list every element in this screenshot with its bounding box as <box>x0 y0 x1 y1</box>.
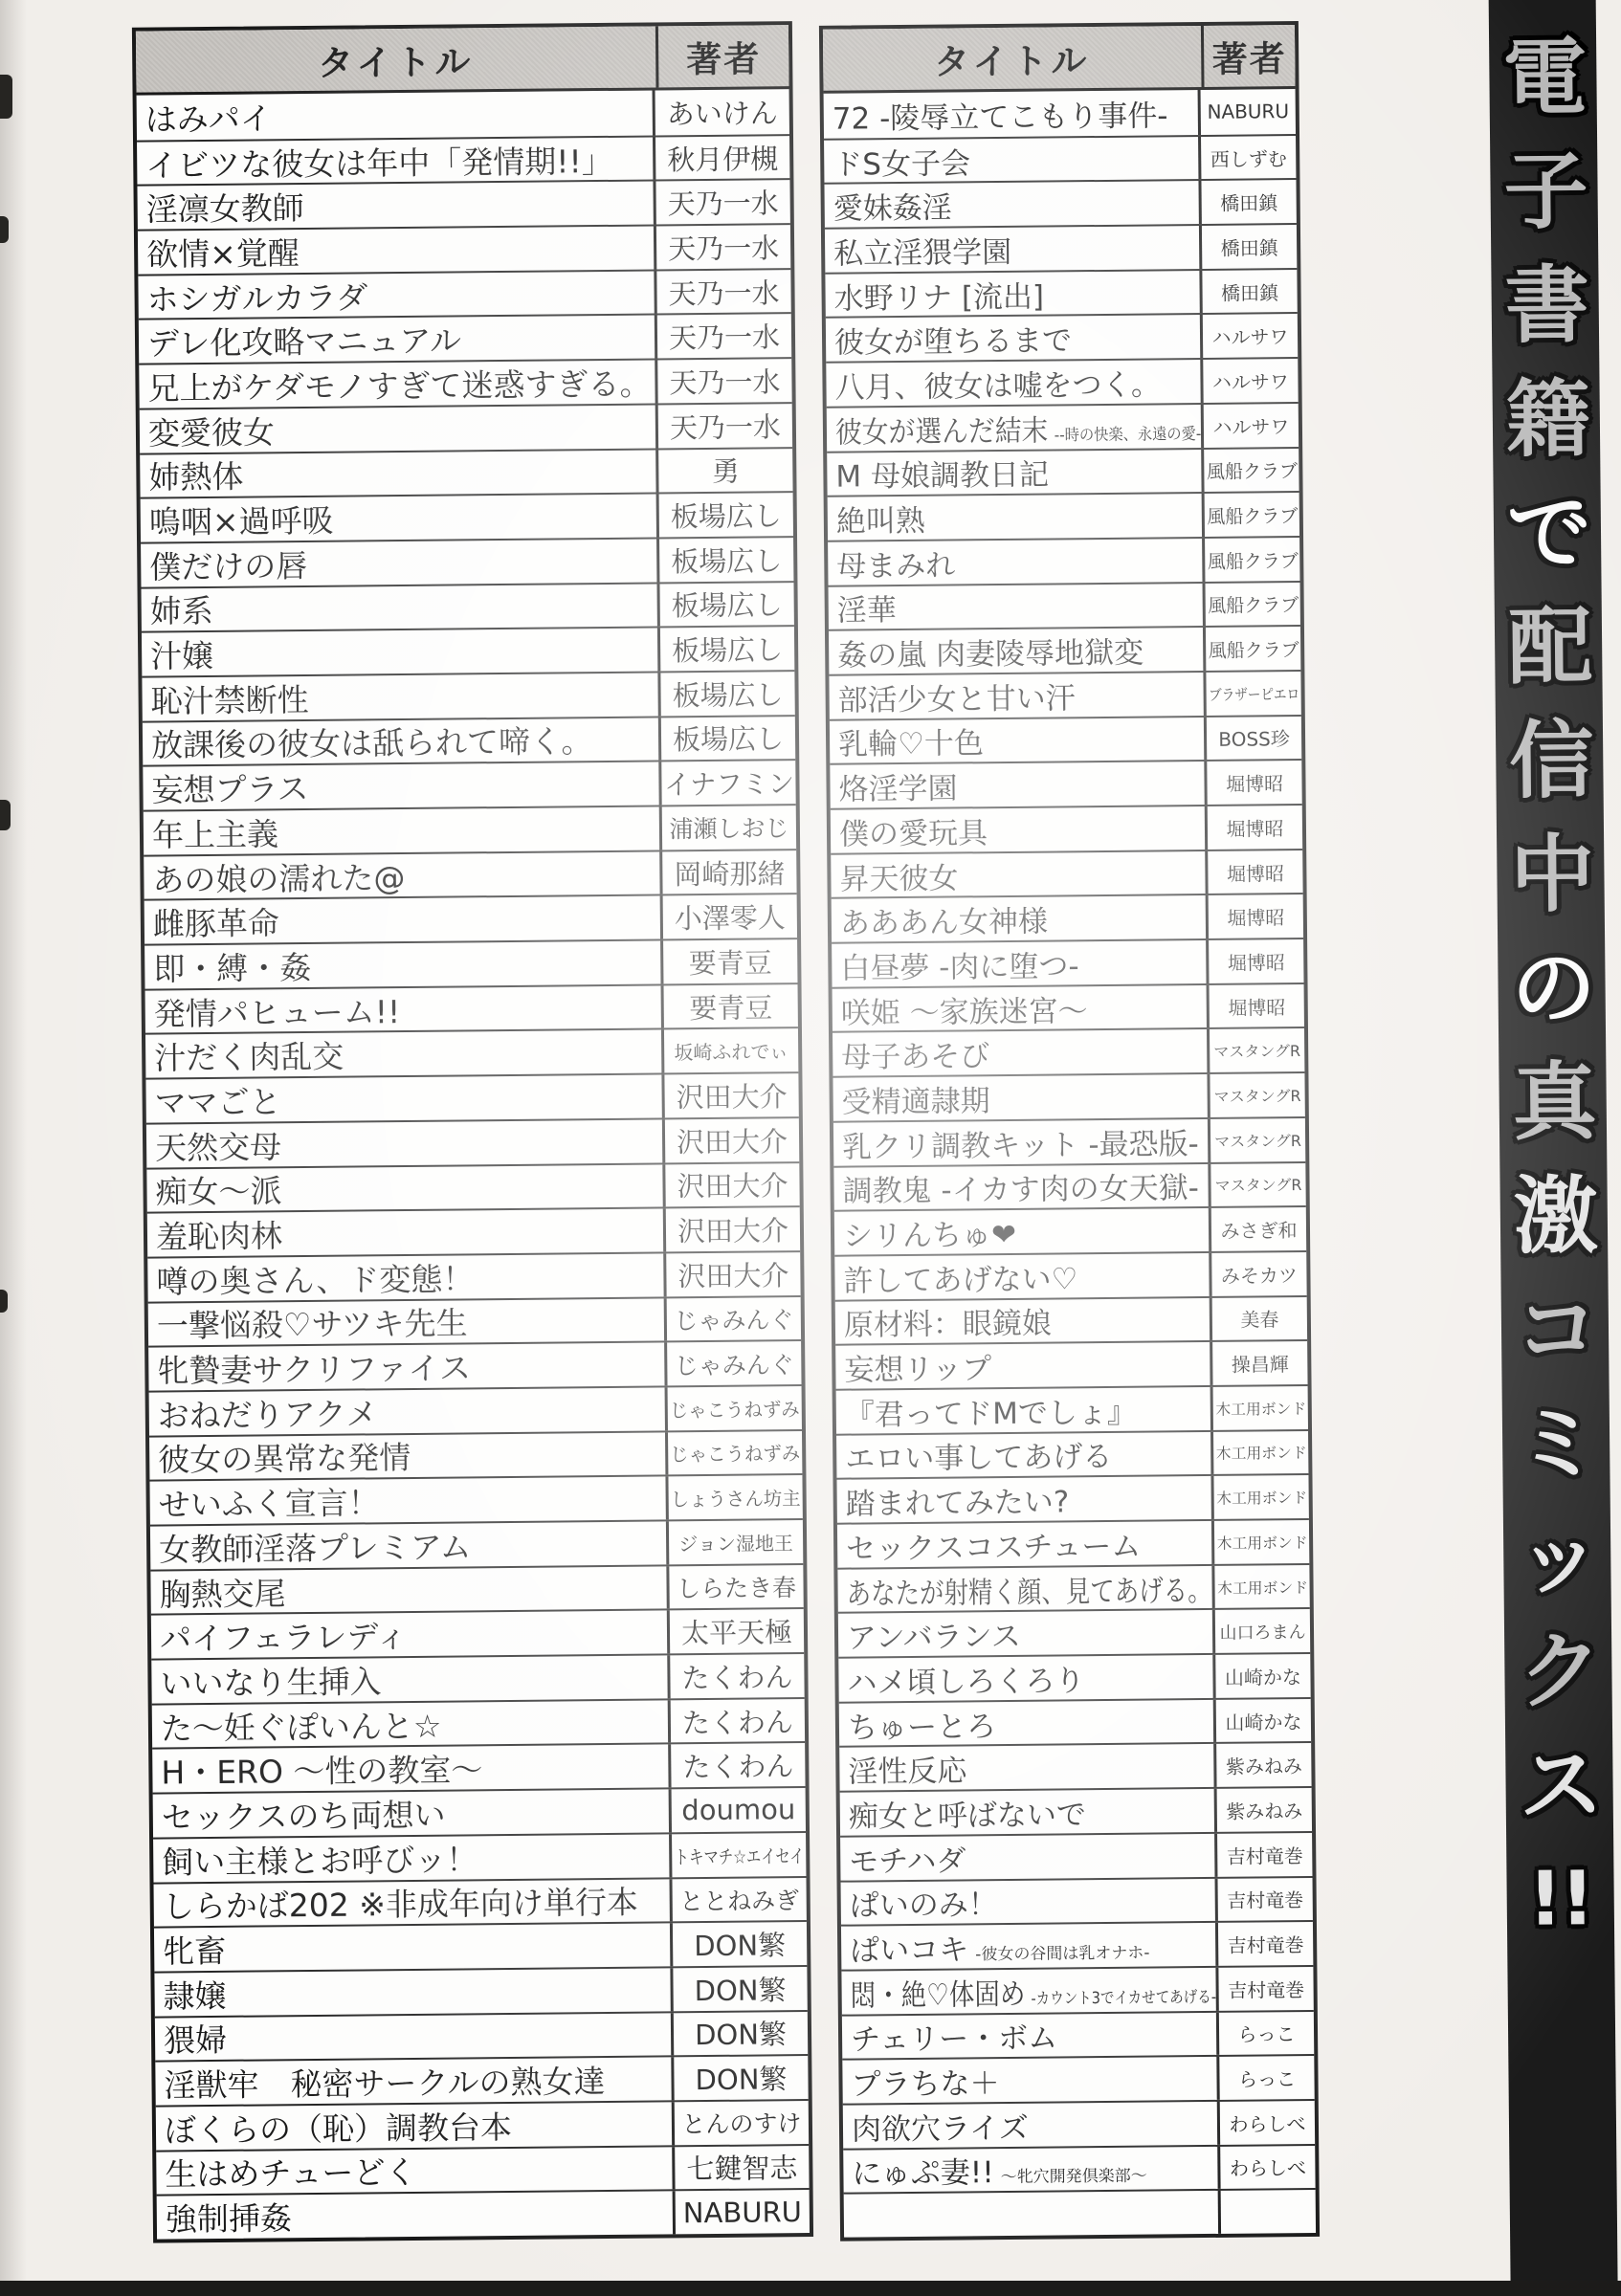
author-cell: マスタングR <box>1207 1073 1304 1117</box>
table-row: 咲姫 〜家族迷宮〜堀博昭 <box>833 982 1304 1031</box>
author-cell: NABURU <box>1198 89 1296 135</box>
book-title: 牝贄妻サクリファイス <box>157 1343 471 1390</box>
table-row: アンバランス山口ろまん <box>838 1607 1310 1656</box>
book-title: 受精適隷期 <box>841 1076 989 1120</box>
table-row: あなたが射精く顔、見てあげる。木工用ボンド <box>837 1563 1309 1612</box>
book-title: 姉系 <box>149 586 212 631</box>
title-cell: 噂の奥さん、ド変態！ <box>147 1253 663 1301</box>
author-cell: マスタングR <box>1207 1028 1304 1072</box>
table-row: 放課後の彼女は舐られて啼く。板場広し <box>143 715 795 765</box>
book-title: ぼくらの（恥）調教台本 <box>165 2103 512 2150</box>
table-row: ホシガルカラダ天乃一水 <box>138 268 790 319</box>
author-cell: わらしべ <box>1217 2146 1315 2190</box>
book-author: 天乃一水 <box>668 227 779 267</box>
title-cell: 彼女が堕ちるまで <box>826 315 1200 361</box>
table-row: 僕だけの唇板場広し <box>141 536 793 586</box>
table-row: パイフェラレディ太平天極 <box>151 1607 804 1658</box>
book-title: ハメ頃しろくろり <box>847 1656 1084 1701</box>
book-author: ととねみぎ <box>679 1882 799 1917</box>
author-cell: DON繁 <box>670 1967 807 2011</box>
author-cell: 橋田鎮 <box>1199 270 1297 314</box>
table-row: た〜妊ぐぽいんと☆たくわん <box>152 1697 805 1748</box>
author-cell: 太平天極 <box>667 1609 804 1653</box>
title-cell: 『君ってドMでしょ』 <box>836 1387 1210 1433</box>
table-row: デレ化攻略マニュアル天乃一水 <box>139 313 791 364</box>
title-cell: 淫性反応 <box>839 1744 1213 1790</box>
title-cell: 許してあげない♡ <box>834 1253 1209 1299</box>
book-author: 木工用ボンド <box>1216 1486 1307 1509</box>
table-row: プラちな＋らっこ <box>842 2054 1314 2103</box>
book-title: 姦の嵐 肉妻陵辱地獄変 <box>837 629 1144 674</box>
book-author: doumou <box>681 1794 795 1827</box>
book-title: あの娘の濡れた@ <box>152 853 405 899</box>
book-author: たくわん <box>681 1656 792 1696</box>
title-cell: モチハダ <box>840 1834 1214 1880</box>
table-row: 『君ってドMでしょ』木工用ボンド <box>836 1384 1308 1433</box>
table-row: 年上主義浦瀬しおじ <box>144 804 796 854</box>
author-cell: あいけん <box>653 89 789 135</box>
book-title: 絶叫熟 <box>836 497 925 541</box>
book-author: 七鍵智志 <box>686 2148 797 2188</box>
table-row: 八月、彼女は嘘をつく。ハルサワ <box>826 357 1298 406</box>
author-cell: 天乃一水 <box>655 359 791 403</box>
title-cell: 変愛彼女 <box>140 405 655 453</box>
author-cell: ハルサワ <box>1201 404 1299 448</box>
author-cell: 岡崎那緒 <box>659 850 796 894</box>
table-row: 牝畜DON繁 <box>154 1920 807 1971</box>
table-row: 踏まれてみたい?木工用ボンド <box>836 1473 1308 1522</box>
book-title: エロい事してあげる <box>845 1432 1112 1478</box>
scan-artifact <box>0 216 9 243</box>
table-row: 隷嬢DON繁 <box>154 1965 807 2016</box>
title-cell: 調教鬼 -イカす肉の女天獄- <box>833 1163 1208 1209</box>
author-cell: ととねみぎ <box>669 1878 806 1922</box>
book-author: 堀博昭 <box>1227 902 1284 931</box>
book-title: シリんちゅ❤ <box>843 1210 1016 1255</box>
author-cell: 天乃一水 <box>654 225 790 269</box>
table-row: しらかば202 ※非成年向け単行本ととねみぎ <box>153 1876 806 1927</box>
banner-char: 激 <box>1513 1165 1594 1268</box>
book-author: 山崎かな <box>1225 1707 1301 1735</box>
book-title: 汁だく肉乱交 <box>154 1032 344 1078</box>
book-author: 風船クラブ <box>1206 455 1297 484</box>
book-title: 淫凛女教師 <box>145 184 303 230</box>
book-author: 太平天極 <box>681 1611 792 1651</box>
table-row: ドS女子会西しずむ <box>824 134 1296 183</box>
title-cell: 欲情×覚醒 <box>138 227 654 275</box>
book-author: 吉村竜巻 <box>1228 1975 1304 2003</box>
title-cell: 姉系 <box>142 584 657 631</box>
book-title: 胸熱交尾 <box>159 1569 285 1614</box>
title-cell: 咲姫 〜家族迷宮〜 <box>833 985 1207 1031</box>
title-cell: た〜妊ぐぽいんと☆ <box>152 1700 668 1748</box>
title-cell: イビツな彼女は年中「発情期!!」 <box>137 137 653 185</box>
book-author: 橋田鎮 <box>1220 232 1277 261</box>
book-author: DON繁 <box>694 1969 786 2009</box>
table-row: 乳クリ調教キット -最恐版-マスタングR <box>833 1116 1305 1165</box>
table-row: 受精適隷期マスタングR <box>833 1071 1304 1120</box>
book-author: しょうさん坊主 <box>671 1483 801 1512</box>
book-author: 山口ろまん <box>1219 1619 1305 1645</box>
book-author: 天乃一水 <box>668 272 779 312</box>
author-cell: わらしべ <box>1217 2101 1315 2145</box>
book-author: 美春 <box>1240 1305 1278 1333</box>
table-row: 強制挿姦NABURU <box>157 2188 810 2239</box>
book-author: トキマチ☆エイセイ <box>674 1841 804 1869</box>
column-header-title: タイトル <box>136 26 656 92</box>
book-author: マスタングR <box>1214 1129 1301 1152</box>
author-cell: 堀博昭 <box>1204 761 1301 805</box>
scanned-page: タイトル 著者 はみパイあいけんイビツな彼女は年中「発情期!!」秋月伊槻淫凛女教… <box>0 0 1621 2296</box>
book-title: ドS女子会 <box>833 139 970 183</box>
book-author: 要青豆 <box>689 941 772 982</box>
book-title: 僕の愛玩具 <box>839 808 988 852</box>
book-author: ハルサワ <box>1211 321 1288 350</box>
table-row: イビツな彼女は年中「発情期!!」秋月伊槻 <box>137 134 789 185</box>
title-cell: 淫凛女教師 <box>137 182 653 230</box>
table-row: 姉熱体勇 <box>140 447 792 497</box>
title-cell: 放課後の彼女は舐られて啼く。 <box>143 717 658 765</box>
author-cell: doumou <box>669 1788 806 1832</box>
author-cell: 風船クラブ <box>1202 493 1299 537</box>
table-row: 私立淫猥学園橋田鎮 <box>825 223 1297 272</box>
title-cell: あなたが射精く顔、見てあげる。 <box>837 1566 1211 1612</box>
author-cell: みそカツ <box>1209 1252 1306 1296</box>
table-row: セックスコスチューム木工用ボンド <box>837 1518 1309 1567</box>
table-row: 淫獣牢 秘密サークルの熟女達DON繁 <box>155 2054 808 2105</box>
book-author: 木工用ボンド <box>1215 1441 1306 1464</box>
book-author: BOSS珍 <box>1218 724 1290 753</box>
book-author: たくわん <box>682 1701 793 1741</box>
banner-char: コ <box>1514 1279 1595 1381</box>
title-cell: 天然交母 <box>146 1119 662 1167</box>
author-cell: 沢田大介 <box>663 1252 800 1296</box>
title-cell: プラちな＋ <box>842 2057 1216 2103</box>
book-title: ぱいコキ-彼女の谷間は乳オナホ- <box>850 1924 1150 1970</box>
author-cell: 操昌輝 <box>1210 1341 1307 1385</box>
author-cell: 板場広し <box>656 538 793 582</box>
title-cell: 絶叫熟 <box>828 494 1202 540</box>
table-row: 女教師淫落プレミアムジョン湿地王 <box>150 1518 803 1569</box>
book-title: 母子あそび <box>841 1031 989 1075</box>
book-author: NABURU <box>683 2196 802 2229</box>
title-cell: はみパイ <box>137 90 653 140</box>
table-row: 猥婦DON繁 <box>155 2010 808 2061</box>
scan-artifact <box>0 75 12 119</box>
author-cell: 山口ろまん <box>1212 1609 1310 1653</box>
author-cell: 板場広し <box>656 583 793 627</box>
table-row: チェリー・ボムらっこ <box>842 2010 1314 2059</box>
title-cell: エロい事してあげる <box>836 1432 1210 1478</box>
book-author: 操昌輝 <box>1232 1349 1289 1378</box>
table-row: 発情パヒューム!!要青豆 <box>145 982 798 1033</box>
book-author: 沢田大介 <box>677 1120 788 1160</box>
book-author: 吉村竜巻 <box>1227 1841 1303 1869</box>
table-row: 痴女と呼ばないで紫みねみ <box>840 1786 1312 1835</box>
book-title: ちゅーとろ <box>848 1702 996 1746</box>
book-title-subtext: -カウント3でイカせてあげる- <box>1031 1988 1216 2009</box>
table-row: 彼女が選んだ結末--時の快楽、永遠の愛-ハルサワ <box>827 402 1299 451</box>
book-author: DON繁 <box>695 2014 787 2054</box>
author-cell: 勇 <box>655 449 792 493</box>
title-cell: 八月、彼女は嘘をつく。 <box>826 360 1200 406</box>
author-cell: 吉村竜巻 <box>1215 1877 1313 1921</box>
book-title: 恥汁禁断性 <box>150 675 308 721</box>
table-row: せいふく宣言！しょうさん坊主 <box>149 1473 802 1524</box>
author-cell: 堀博昭 <box>1206 939 1303 983</box>
table-row: 姦の嵐 肉妻陵辱地獄変風船クラブ <box>829 625 1300 673</box>
book-title: にゅぷ妻!!〜牝穴開発倶楽部〜 <box>852 2147 1147 2193</box>
table-row: 母子あそびマスタングR <box>833 1027 1304 1075</box>
title-cell: ホシガルカラダ <box>138 271 654 319</box>
title-cell: セックスのち両想い <box>153 1790 669 1838</box>
book-author: 風船クラブ <box>1207 500 1298 529</box>
table-row: 72 -陵辱立てこもり事件-NABURU <box>824 89 1296 138</box>
book-author: あいけん <box>667 92 778 132</box>
book-author: 天乃一水 <box>667 182 778 222</box>
table-row: 姉系板場広し <box>141 581 793 631</box>
author-cell: じゃみんぐ <box>664 1341 801 1385</box>
banner-char: ミ <box>1516 1393 1597 1495</box>
book-title: 女教師淫落プレミアム <box>159 1522 472 1569</box>
book-title: 乳輪♡十色 <box>838 719 984 763</box>
title-cell: ちゅーとろ <box>839 1700 1213 1746</box>
author-cell: 沢田大介 <box>663 1207 800 1251</box>
title-cell: 僕の愛玩具 <box>831 806 1205 852</box>
table-row: 天然交母沢田大介 <box>146 1116 799 1167</box>
book-author: 風船クラブ <box>1208 589 1299 618</box>
column-header-author: 著者 <box>655 25 789 87</box>
book-author: 天乃一水 <box>669 317 780 357</box>
book-title: H・ERO 〜性の教室〜 <box>161 1746 482 1793</box>
title-cell: あの娘の濡れた@ <box>144 851 659 899</box>
author-cell: 木工用ボンド <box>1211 1520 1309 1564</box>
title-cell: 嗚咽×過呼吸 <box>141 495 656 542</box>
author-cell: 木工用ボンド <box>1210 1431 1308 1475</box>
book-title: あああん女神様 <box>840 897 1048 942</box>
table-row: 羞恥肉林沢田大介 <box>147 1205 800 1256</box>
book-author: 板場広し <box>671 585 782 625</box>
banner-char: の <box>1511 938 1592 1040</box>
table-header: タイトル 著者 <box>823 25 1296 94</box>
author-cell: じゃこうねずみ <box>665 1386 802 1430</box>
book-author: 橋田鎮 <box>1220 188 1277 216</box>
author-cell: じゃみんぐ <box>664 1297 801 1341</box>
book-author: 沢田大介 <box>677 1165 788 1205</box>
title-cell: 羞恥肉林 <box>147 1209 663 1257</box>
book-author: らっこ <box>1238 2064 1296 2092</box>
title-cell: 肉欲穴ライズ <box>843 2102 1217 2148</box>
author-cell: 紫みねみ <box>1214 1788 1312 1832</box>
author-cell: ハルサワ <box>1200 359 1298 403</box>
title-cell: 水野リナ [流出] <box>825 271 1199 317</box>
title-cell: ぱいコキ-彼女の谷間は乳オナホ- <box>841 1923 1215 1969</box>
table-row: 調教鬼 -イカす肉の女天獄-マスタングR <box>833 1160 1305 1209</box>
book-title: 昇天彼女 <box>839 853 958 897</box>
author-cell: 木工用ボンド <box>1211 1565 1309 1609</box>
book-author: 紫みねみ <box>1226 1751 1302 1779</box>
author-cell: トキマチ☆エイセイ <box>669 1833 806 1877</box>
title-cell: 恥汁禁断性 <box>142 673 657 720</box>
author-cell: 吉村竜巻 <box>1215 1922 1313 1966</box>
book-title: 姉熱体 <box>148 453 243 497</box>
book-author: 木工用ボンド <box>1216 1576 1307 1599</box>
book-title: 妄想リップ <box>844 1344 991 1388</box>
book-title: 踏まれてみたい? <box>845 1478 1069 1523</box>
book-title: 牝畜 <box>163 1927 226 1972</box>
book-author: 堀博昭 <box>1226 813 1283 842</box>
table-row: 白昼夢 -肉に堕つ-堀博昭 <box>832 938 1303 986</box>
book-title: 欲情×覚醒 <box>146 229 300 274</box>
book-author: じゃみんぐ <box>674 1301 793 1336</box>
book-title: 許してあげない♡ <box>843 1254 1077 1299</box>
book-title: 痴女〜派 <box>155 1167 281 1212</box>
table-row: 妄想リップ操昌輝 <box>835 1339 1307 1388</box>
author-cell: イナフミン <box>658 761 795 805</box>
book-author: 天乃一水 <box>669 361 780 401</box>
table-row: 悶・絶♡体固め-カウント3でイカせてあげる-吉村竜巻 <box>841 1965 1313 2014</box>
table-row: ハメ頃しろくろり山崎かな <box>838 1652 1310 1701</box>
title-cell: 僕だけの唇 <box>141 539 656 586</box>
title-cell: 生はめチューどく <box>156 2147 672 2195</box>
book-author: 要青豆 <box>689 986 772 1027</box>
title-cell: 愛妹姦淫 <box>824 181 1198 227</box>
author-cell: 沢田大介 <box>662 1163 799 1207</box>
table-row: 即・縛・姦要青豆 <box>144 938 797 988</box>
book-title: セックスのち両想い <box>162 1791 446 1838</box>
book-title: 妄想プラス <box>151 764 308 810</box>
title-cell: 白昼夢 -肉に堕つ- <box>832 940 1206 986</box>
table-row: エロい事してあげる木工用ボンド <box>836 1429 1308 1478</box>
book-author: 木工用ボンド <box>1215 1397 1306 1420</box>
title-cell: 隷嬢 <box>154 1968 670 2016</box>
book-title: おねだりアクメ <box>158 1389 378 1435</box>
author-cell: 浦瀬しおじ <box>659 806 796 850</box>
book-title: 乳クリ調教キット -最恐版- <box>842 1119 1199 1165</box>
author-cell: DON繁 <box>671 2012 808 2056</box>
table-row: 汁嬢板場広し <box>142 625 794 675</box>
table-row: セックスのち両想いdoumou <box>153 1786 806 1837</box>
title-cell: いいなり生挿入 <box>151 1655 667 1703</box>
book-title: せいふく宣言！ <box>158 1478 379 1524</box>
banner-char: で <box>1507 482 1588 585</box>
author-cell: BOSS珍 <box>1204 717 1301 761</box>
book-title: セックスコスチューム <box>846 1522 1142 1568</box>
book-author: じゃこうねずみ <box>670 1394 800 1423</box>
book-author: 板場広し <box>671 540 782 580</box>
table-row: 僕の愛玩具堀博昭 <box>831 804 1302 852</box>
table-row: いいなり生挿入たくわん <box>151 1652 804 1703</box>
table-row: 飼い主様とお呼びッ！トキマチ☆エイセイ <box>153 1831 806 1882</box>
book-title: 羞恥肉林 <box>156 1211 282 1256</box>
table-row: 雌豚革命小澤零人 <box>144 893 797 943</box>
table-row: ぱいのみ！吉村竜巻 <box>841 1875 1313 1924</box>
table-row: 恥汁禁断性板場広し <box>142 670 794 720</box>
table-row: ぱいコキ-彼女の谷間は乳オナホ-吉村竜巻 <box>841 1920 1313 1969</box>
book-author: 木工用ボンド <box>1216 1531 1307 1554</box>
author-cell: 堀博昭 <box>1205 806 1302 850</box>
title-cell: 烙淫学園 <box>830 762 1204 807</box>
author-cell: 天乃一水 <box>655 404 792 448</box>
author-cell: とんのすけ <box>672 2101 809 2145</box>
book-title: 肉欲穴ライズ <box>852 2104 1029 2149</box>
banner-char: 子 <box>1503 141 1585 243</box>
table-row: 彼女が堕ちるまでハルサワ <box>826 312 1298 361</box>
left-book-table: タイトル 著者 はみパイあいけんイビツな彼女は年中「発情期!!」秋月伊槻淫凛女教… <box>132 21 813 2243</box>
table-row: 淫凛女教師天乃一水 <box>137 178 789 229</box>
title-cell: せいふく宣言！ <box>149 1477 665 1525</box>
author-cell: マスタングR <box>1208 1118 1305 1162</box>
author-cell: 板場広し <box>657 672 794 716</box>
book-author: 堀博昭 <box>1226 768 1283 797</box>
author-cell: 吉村竜巻 <box>1214 1833 1312 1877</box>
book-title: しらかば202 ※非成年向け単行本 <box>162 1879 638 1927</box>
book-author: 橋田鎮 <box>1221 277 1278 306</box>
book-author: ブラザーピエロ <box>1209 682 1299 705</box>
author-cell: 堀博昭 <box>1207 984 1304 1028</box>
author-cell: じゃこうねずみ <box>665 1431 802 1475</box>
book-title-subtext: --時の快楽、永遠の愛- <box>1055 425 1202 445</box>
author-cell: たくわん <box>668 1699 805 1743</box>
table-row: 絶叫熟風船クラブ <box>828 491 1299 540</box>
author-cell: 板場広し <box>658 717 795 761</box>
author-cell: 板場広し <box>657 627 794 671</box>
author-cell: 風船クラブ <box>1202 538 1299 582</box>
book-author: 堀博昭 <box>1228 947 1285 976</box>
author-cell: 橋田鎮 <box>1199 225 1297 269</box>
banner-char: 真 <box>1512 1051 1593 1154</box>
author-cell: 沢田大介 <box>662 1118 799 1162</box>
book-title: 彼女が選んだ結末--時の快楽、永遠の愛- <box>835 405 1201 451</box>
table-body: 72 -陵辱立てこもり事件-NABURUドS女子会西しずむ愛妹姦淫橋田鎮私立淫猥… <box>824 89 1316 2238</box>
title-cell: デレ化攻略マニュアル <box>139 316 655 364</box>
table-row: 淫華風船クラブ <box>829 581 1300 629</box>
book-title: 白昼夢 -肉に堕つ- <box>840 941 1079 986</box>
book-title: 天然交母 <box>155 1122 281 1167</box>
book-title: 痴女と呼ばないで <box>849 1790 1086 1835</box>
bottom-scan-bar <box>0 2281 1621 2296</box>
author-cell: みさぎ和 <box>1209 1207 1306 1251</box>
book-title: 雌豚革命 <box>153 898 279 943</box>
author-cell: DON繁 <box>670 1922 807 1966</box>
table-row: ちゅーとろ山崎かな <box>839 1697 1311 1746</box>
right-book-table: タイトル 著者 72 -陵辱立てこもり事件-NABURUドS女子会西しずむ愛妹姦… <box>819 21 1320 2241</box>
book-author: NABURU <box>1207 99 1289 123</box>
book-author: DON繁 <box>694 1924 786 1964</box>
title-cell: 牝畜 <box>154 1924 670 1972</box>
book-title: あなたが射精く顔、見てあげる。 <box>846 1566 1211 1612</box>
book-title: 年上主義 <box>152 809 278 854</box>
banner-char: ス <box>1519 1734 1600 1837</box>
title-cell: 妄想プラス <box>143 762 658 810</box>
book-title: 淫華 <box>837 585 897 629</box>
book-title: 悶・絶♡体固め-カウント3でイカせてあげる- <box>850 1968 1215 2014</box>
title-cell: 淫獣牢 秘密サークルの熟女達 <box>155 2058 671 2106</box>
book-title: M 母娘調教日記 <box>835 451 1049 496</box>
table-row: 兄上がケダモノすぎて迷惑すぎる。天乃一水 <box>139 357 791 408</box>
book-author: 沢田大介 <box>677 1254 788 1294</box>
book-author: マスタングR <box>1213 1039 1300 1062</box>
book-title: イビツな彼女は年中「発情期!!」 <box>145 137 613 185</box>
book-author: みそカツ <box>1221 1260 1298 1289</box>
author-cell <box>1218 2190 1316 2234</box>
book-author: 勇 <box>712 451 740 490</box>
table-row: 汁だく肉乱交坂崎ふれでぃ <box>145 1027 798 1078</box>
book-title: 八月、彼女は嘘をつく。 <box>834 360 1161 406</box>
column-header-title: タイトル <box>823 26 1202 91</box>
book-author: 浦瀬しおじ <box>669 810 788 846</box>
book-author: じゃこうねずみ <box>670 1439 800 1468</box>
